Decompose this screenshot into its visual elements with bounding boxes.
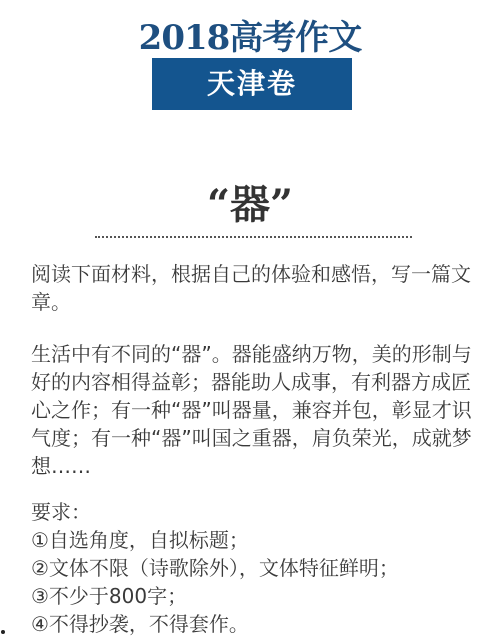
dotted-divider — [95, 236, 412, 238]
requirement-item: ①自选角度，自拟标题； — [31, 526, 481, 554]
requirements-heading: 要求： — [31, 498, 481, 526]
header-subtitle-banner: 天津卷 — [152, 58, 352, 110]
requirement-item: ③不少于800字； — [31, 582, 481, 610]
requirement-item: ④不得抄袭，不得套作。 — [31, 610, 481, 638]
requirements-section: 要求： ①自选角度，自拟标题； ②文体不限（诗歌除外），文体特征鲜明； ③不少于… — [31, 498, 481, 638]
instruction-paragraph: 阅读下面材料，根据自己的体验和感悟，写一篇文章。 — [31, 260, 481, 316]
bullet-dot-icon — [1, 630, 5, 634]
requirement-item: ②文体不限（诗歌除外），文体特征鲜明； — [31, 554, 481, 582]
essay-title: “器” — [0, 182, 500, 228]
material-paragraph: 生活中有不同的“器”。器能盛纳万物，美的形制与好的内容相得益彰；器能助人成事，有… — [31, 340, 481, 480]
header-title: 2018高考作文 — [0, 18, 500, 58]
